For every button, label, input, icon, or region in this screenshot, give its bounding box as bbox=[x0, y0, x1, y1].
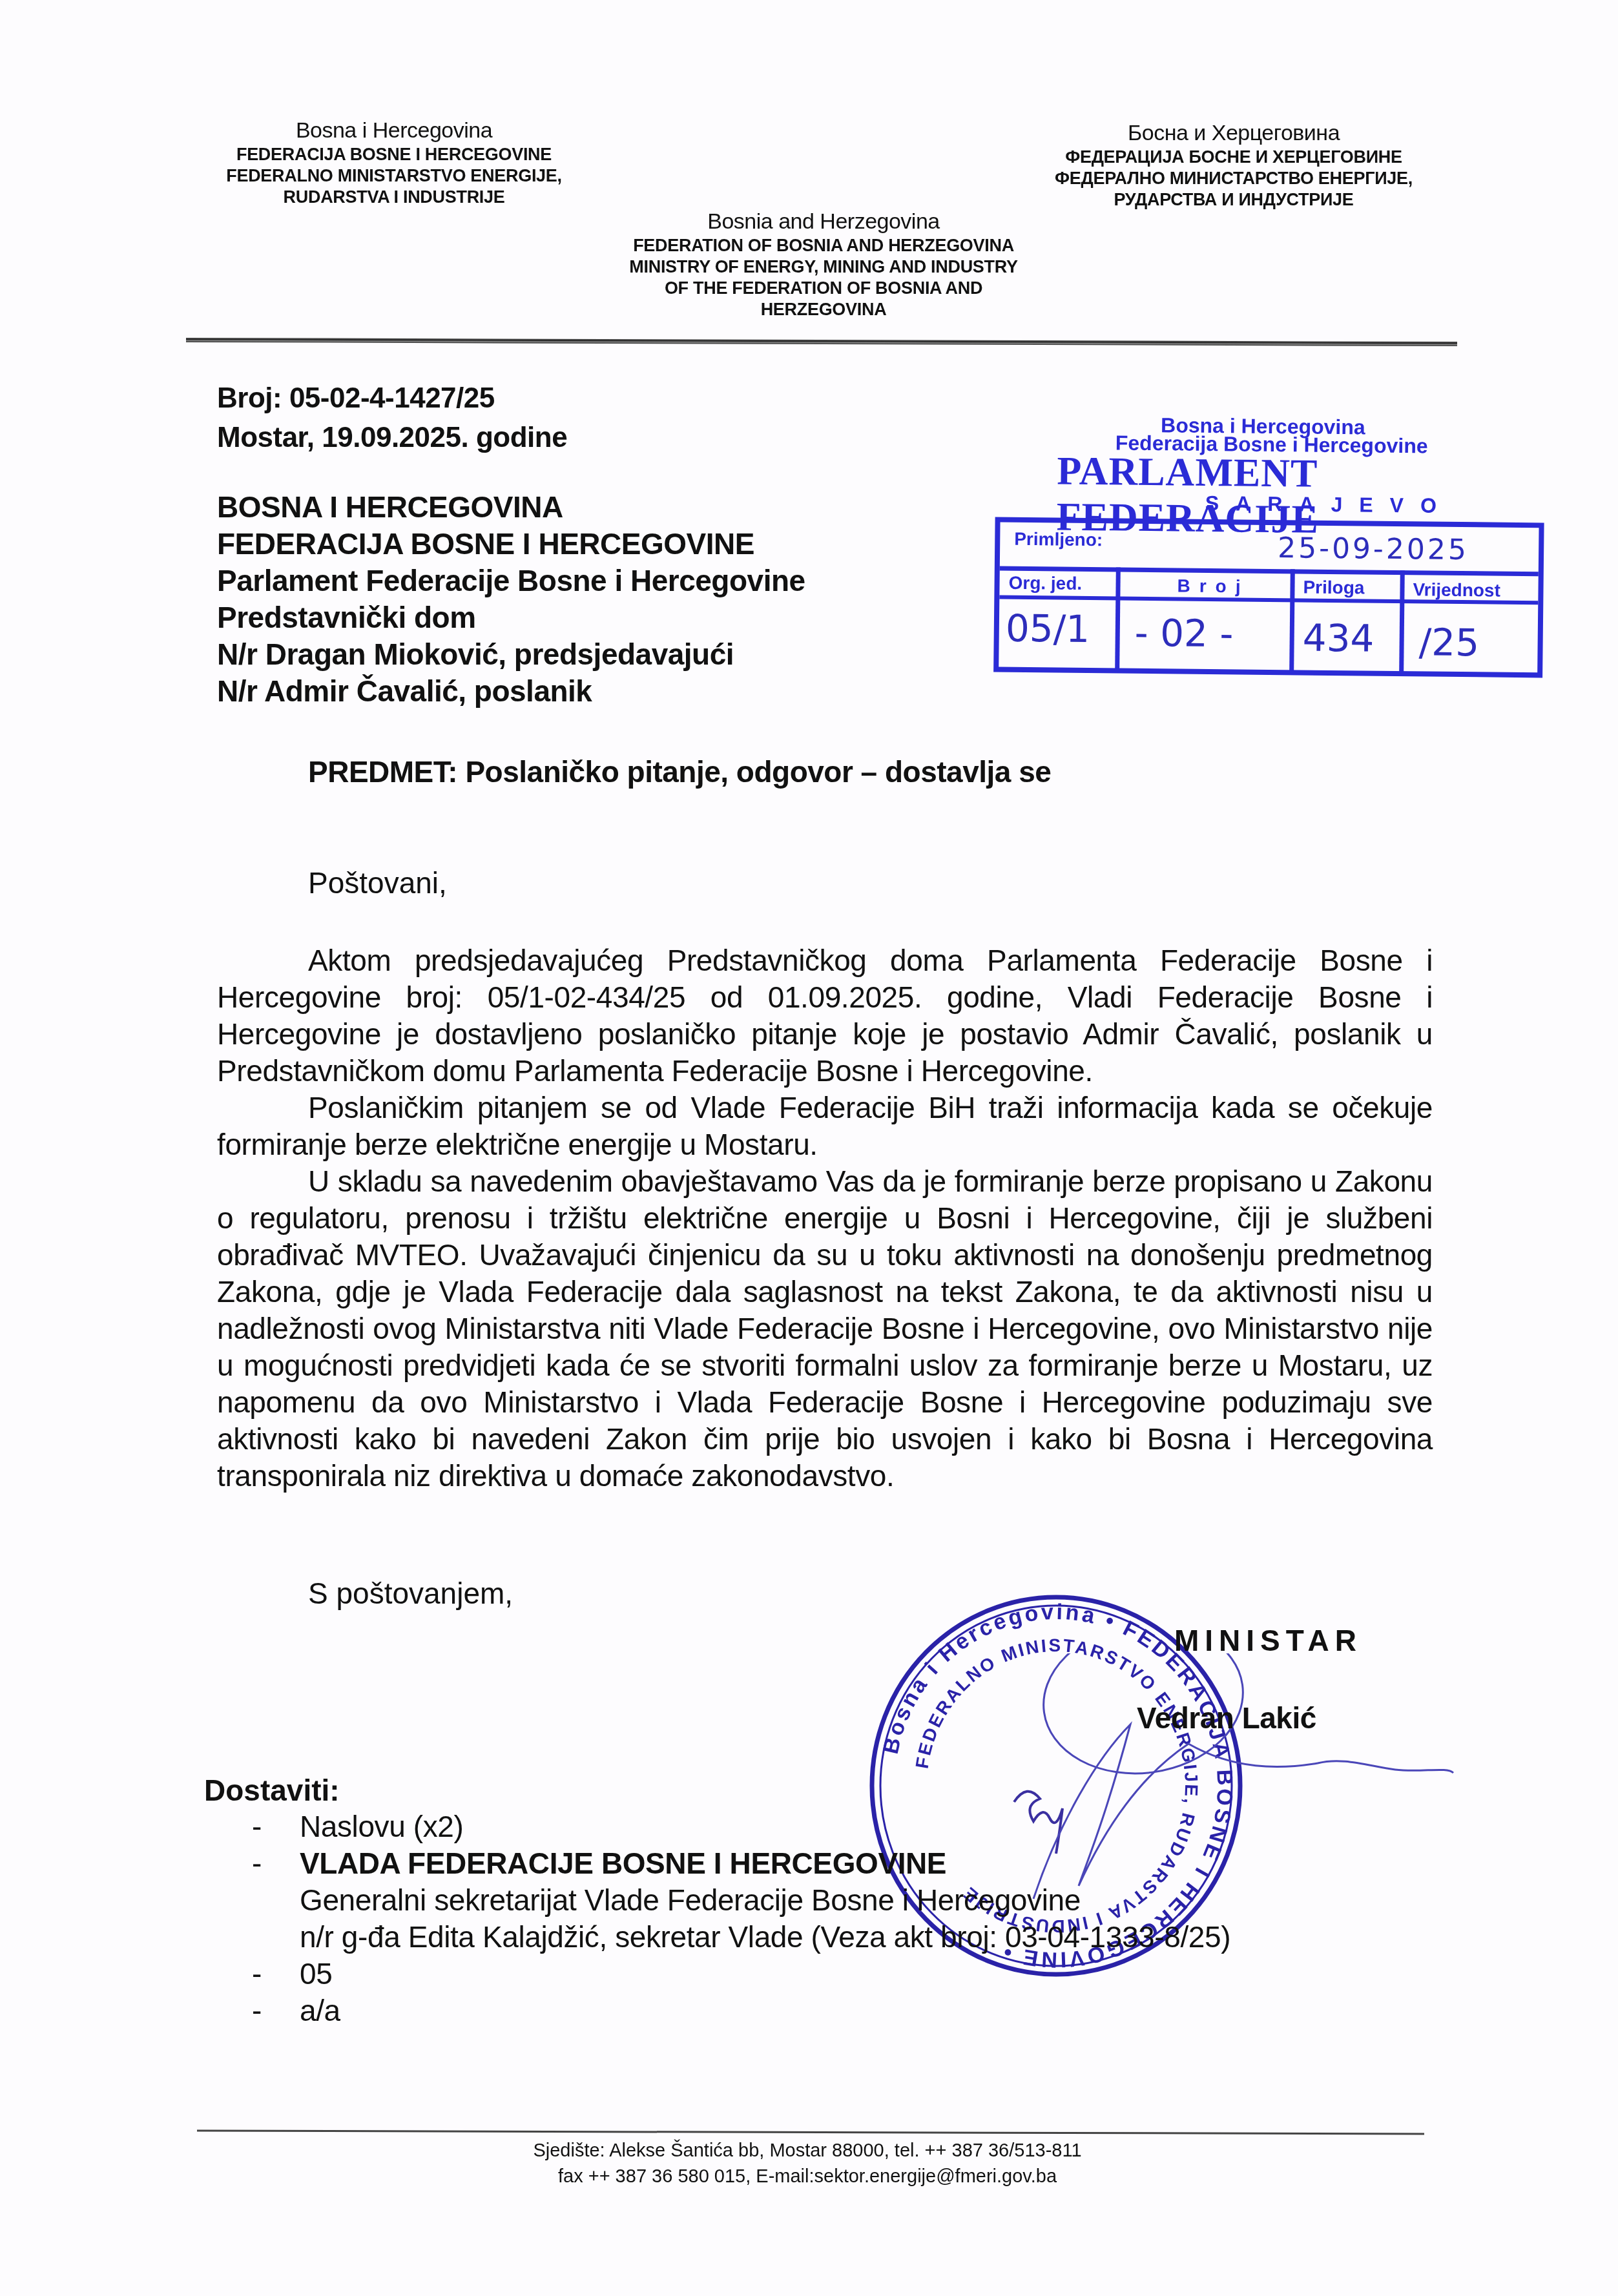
reference-block: Broj: 05-02-4-1427/25 Mostar, 19.09.2025… bbox=[217, 378, 567, 457]
bullet: - bbox=[252, 1845, 300, 1882]
bullet: - bbox=[252, 1956, 300, 1992]
recipient-address: BOSNA I HERCEGOVINA FEDERACIJA BOSNE I H… bbox=[217, 489, 805, 710]
list-item: - 05 bbox=[252, 1956, 1230, 1992]
distribution-item-text: 05 bbox=[300, 1956, 332, 1992]
stamp-col-org: Org. jed. bbox=[1008, 573, 1082, 594]
bullet: - bbox=[252, 1808, 300, 1845]
stamp-received-date: 25-09-2025 bbox=[1278, 532, 1469, 566]
recipient-line: N/r Admir Čavalić, poslanik bbox=[217, 673, 805, 710]
letterhead-federation-en: FEDERATION OF BOSNIA AND HERZEGOVINA bbox=[581, 235, 1066, 256]
distribution-list: - Naslovu (x2) - VLADA FEDERACIJE BOSNE … bbox=[252, 1808, 1230, 2029]
letterhead-country-en: Bosnia and Herzegovina bbox=[581, 209, 1066, 235]
letterhead-country: Bosna i Hercegovina bbox=[194, 118, 594, 144]
stamp-col-value: Vrijednost bbox=[1413, 579, 1500, 601]
list-item: - a/a bbox=[252, 1992, 1230, 2029]
reference-number: Broj: 05-02-4-1427/25 bbox=[217, 378, 567, 418]
letterhead-federation: FEDERACIJA BOSNE I HERCEGOVINE bbox=[194, 144, 594, 165]
signatory-title: MINISTAR bbox=[1174, 1623, 1362, 1658]
distribution-item-text: VLADA FEDERACIJE BOSNE I HERCEGOVINE bbox=[300, 1845, 946, 1882]
list-item: - Naslovu (x2) bbox=[252, 1808, 1230, 1845]
closing: S poštovanjem, bbox=[308, 1576, 513, 1611]
distribution-item-text: Naslovu (x2) bbox=[300, 1808, 463, 1845]
distribution-item-detail: Generalni sekretarijat Vlade Federacije … bbox=[252, 1882, 1230, 1919]
receipt-stamp: Bosna i Hercegovina Federacija Bosne i H… bbox=[990, 410, 1555, 707]
stamp-received-label: Primljeno: bbox=[1014, 529, 1103, 550]
letterhead-bosnian: Bosna i Hercegovina FEDERACIJA BOSNE I H… bbox=[194, 118, 594, 208]
footer-fax-email: fax ++ 387 36 580 015, E-mail:sektor.ene… bbox=[388, 2164, 1227, 2189]
letterhead-country-cyr: Босна и Херцеговина bbox=[1008, 120, 1460, 147]
stamp-registry-box: Primljeno: 25-09-2025 Org. jed. Broj Pri… bbox=[993, 517, 1544, 678]
distribution-label: Dostaviti: bbox=[204, 1773, 340, 1808]
body-paragraph: U skladu sa navedenim obavještavamo Vas … bbox=[217, 1163, 1433, 1494]
bullet: - bbox=[252, 1992, 300, 2029]
recipient-line: N/r Dragan Mioković, predsjedavajući bbox=[217, 636, 805, 673]
letterhead-ministry-en-3: HERZEGOVINA bbox=[581, 299, 1066, 320]
letterhead-federation-cyr: ФЕДЕРАЦИЈА БОСНЕ И ХЕРЦЕГОВИНЕ bbox=[1008, 147, 1460, 168]
recipient-line: Parlament Federacije Bosne i Hercegovine bbox=[217, 563, 805, 599]
stamp-org-value: 05/1 bbox=[1005, 606, 1090, 651]
letterhead-ministry: FEDERALNO MINISTARSTVO ENERGIJE, bbox=[194, 165, 594, 187]
letterhead-divider bbox=[186, 338, 1457, 346]
stamp-value-value: /25 bbox=[1418, 620, 1479, 665]
stamp-col-attachments: Priloga bbox=[1303, 577, 1364, 599]
letterhead-ministry-cyr: ФЕДЕРАЛНО МИНИСТАРСТВО ЕНЕРГИЈЕ, bbox=[1008, 168, 1460, 189]
letterhead-ministry-en-2: OF THE FEDERATION OF BOSNIA AND bbox=[581, 278, 1066, 299]
body-paragraph: Aktom predsjedavajućeg Predstavničkog do… bbox=[217, 942, 1433, 1090]
recipient-line: Predstavnički dom bbox=[217, 599, 805, 636]
recipient-line: FEDERACIJA BOSNE I HERCEGOVINE bbox=[217, 526, 805, 563]
stamp-number-value: - 02 - bbox=[1134, 611, 1233, 656]
distribution-item-detail: n/r g-đa Edita Kalajdžić, sekretar Vlade… bbox=[252, 1919, 1230, 1956]
letterhead-english: Bosnia and Herzegovina FEDERATION OF BOS… bbox=[581, 209, 1066, 320]
letterhead-ministry-cyr-2: РУДАРСТВА И ИНДУСТРИЈЕ bbox=[1008, 189, 1460, 211]
body-paragraph: Poslaničkim pitanjem se od Vlade Federac… bbox=[217, 1090, 1433, 1163]
letterhead-ministry-en: MINISTRY OF ENERGY, MINING AND INDUSTRY bbox=[581, 256, 1066, 278]
letter-body: Aktom predsjedavajućeg Predstavničkog do… bbox=[217, 942, 1433, 1494]
footer-address: Sjedište: Alekse Šantića bb, Mostar 8800… bbox=[388, 2138, 1227, 2164]
greeting: Poštovani, bbox=[308, 865, 447, 900]
letterhead-cyrillic: Босна и Херцеговина ФЕДЕРАЦИЈА БОСНЕ И Х… bbox=[1008, 120, 1460, 211]
stamp-col-number: Broj bbox=[1177, 575, 1249, 597]
letterhead-ministry-cont: RUDARSTVA I INDUSTRIJE bbox=[194, 187, 594, 208]
list-item: - VLADA FEDERACIJE BOSNE I HERCEGOVINE bbox=[252, 1845, 1230, 1882]
distribution-item-text: a/a bbox=[300, 1992, 340, 2029]
signatory-name: Vedran Lakić bbox=[1137, 1701, 1316, 1735]
footer-divider bbox=[197, 2130, 1424, 2135]
place-date: Mostar, 19.09.2025. godine bbox=[217, 418, 567, 457]
subject-line: PREDMET: Poslaničko pitanje, odgovor – d… bbox=[308, 754, 1051, 789]
stamp-city: SARAJEVO bbox=[1205, 491, 1453, 518]
recipient-line: BOSNA I HERCEGOVINA bbox=[217, 489, 805, 526]
footer-contact: Sjedište: Alekse Šantića bb, Mostar 8800… bbox=[388, 2138, 1227, 2189]
stamp-attachments-value: 434 bbox=[1302, 615, 1374, 660]
